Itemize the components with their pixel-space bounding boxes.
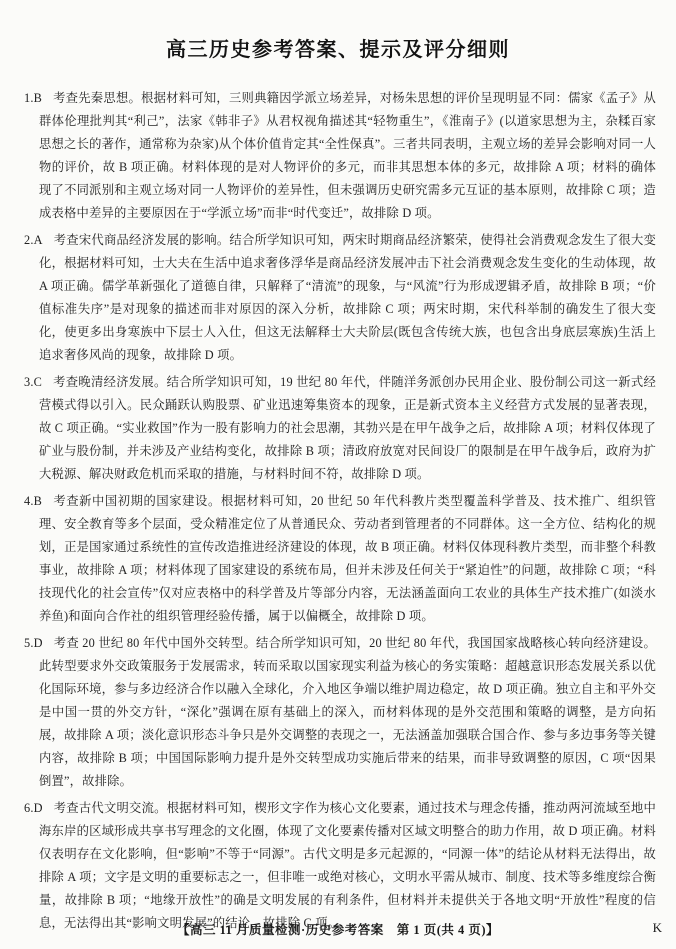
answer-text-6: 考查古代文明交流。根据材料可知，楔形文字作为核心文化要素，通过技术与理念传播，推… — [39, 801, 656, 930]
answer-item-2: 2.A考查宋代商品经济发展的影响。结合所学知识可知，两宋时期商品经济繁荣，使得社… — [24, 229, 656, 367]
answer-item-1: 1.B考查先秦思想。根据材料可知，三则典籍因学派立场差异，对杨朱思想的评价呈现明… — [24, 87, 656, 225]
answer-text-2: 考查宋代商品经济发展的影响。结合所学知识可知，两宋时期商品经济繁荣，使得社会消费… — [39, 233, 656, 362]
answer-label-2: 2.A — [24, 233, 43, 247]
answer-item-6: 6.D考查古代文明交流。根据材料可知，楔形文字作为核心文化要素，通过技术与理念传… — [24, 797, 656, 935]
answer-item-3: 3.C考查晚清经济发展。结合所学知识可知，19 世纪 80 年代，伴随洋务派创办… — [24, 371, 656, 486]
answer-label-5: 5.D — [24, 636, 43, 650]
page-title: 高三历史参考答案、提示及评分细则 — [0, 0, 676, 62]
footer-version-mark: K — [653, 920, 662, 936]
answer-text-3: 考查晚清经济发展。结合所学知识可知，19 世纪 80 年代，伴随洋务派创办民用企… — [39, 375, 656, 481]
answer-item-4: 4.B考查新中国初期的国家建设。根据材料可知，20 世纪 50 年代科教片类型覆… — [24, 490, 656, 628]
answer-text-5: 考查 20 世纪 80 年代中国外交转型。结合所学知识可知，20 世纪 80 年… — [39, 636, 656, 788]
answer-text-1: 考查先秦思想。根据材料可知，三则典籍因学派立场差异，对杨朱思想的评价呈现明显不同… — [39, 91, 656, 220]
answer-sheet-page: 高三历史参考答案、提示及评分细则 1.B考查先秦思想。根据材料可知，三则典籍因学… — [0, 0, 676, 949]
answer-label-1: 1.B — [24, 91, 42, 105]
answer-label-3: 3.C — [24, 375, 42, 389]
answer-item-5: 5.D考查 20 世纪 80 年代中国外交转型。结合所学知识可知，20 世纪 8… — [24, 632, 656, 793]
answer-label-4: 4.B — [24, 494, 42, 508]
answers-body: 1.B考查先秦思想。根据材料可知，三则典籍因学派立场差异，对杨朱思想的评价呈现明… — [0, 87, 676, 935]
answer-text-4: 考查新中国初期的国家建设。根据材料可知，20 世纪 50 年代科教片类型覆盖科学… — [39, 494, 656, 623]
answer-label-6: 6.D — [24, 801, 43, 815]
page-footer: 【高三 11 月质量检测·历史参考答案 第 1 页(共 4 页)】 K — [0, 920, 676, 938]
footer-caption: 【高三 11 月质量检测·历史参考答案 第 1 页(共 4 页)】 — [177, 923, 499, 937]
